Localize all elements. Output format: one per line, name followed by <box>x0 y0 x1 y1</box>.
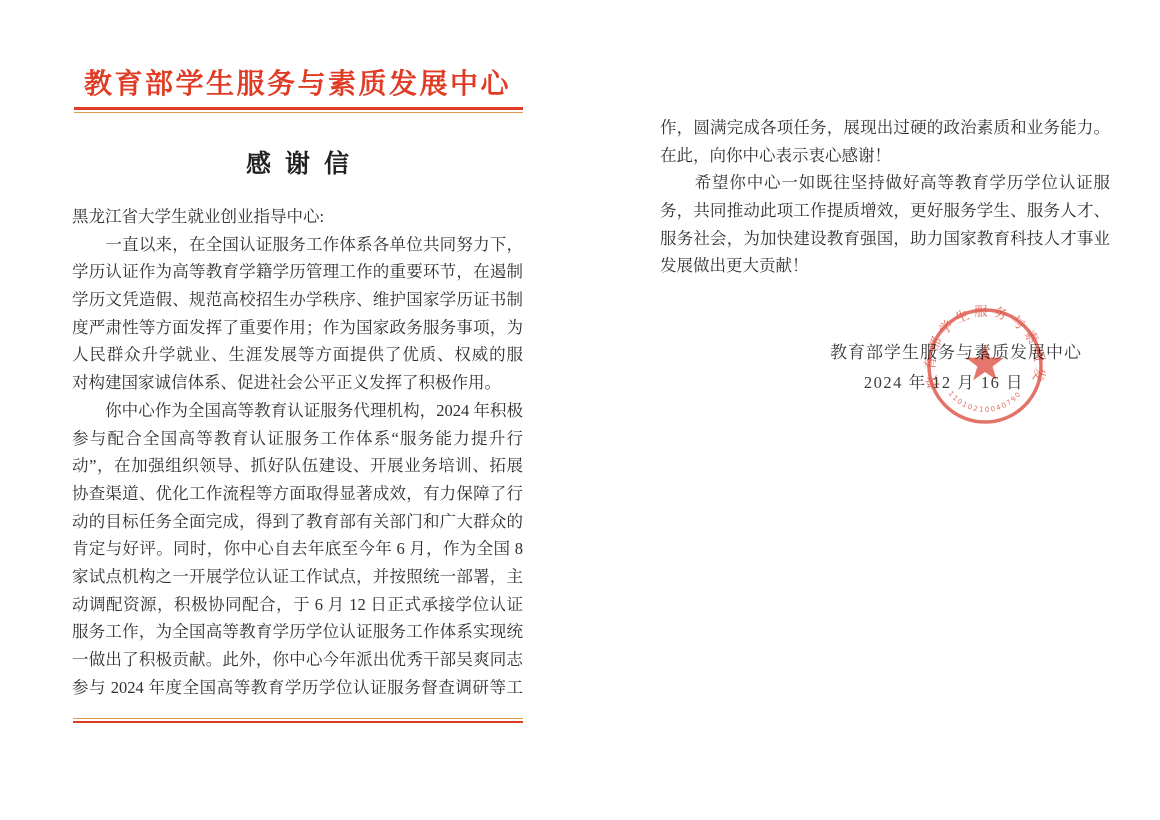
left-page-body: 黑龙江省大学生就业创业指导中心: 一直以来，在全国认证服务工作体系各单位共同努力… <box>72 203 523 701</box>
body-line: 人民群众升学就业、生涯发展等方面提供了优质、权威的服务， <box>72 341 523 369</box>
scanned-letter-page: 教育部学生服务与素质发展中心 感谢信 黑龙江省大学生就业创业指导中心: 一直以来… <box>0 0 1160 820</box>
body-line: 协查渠道、优化工作流程等方面取得显著成效，有力保障了行 <box>72 480 523 508</box>
body-line: 务，共同推动此项工作提质增效，更好服务学生、服务人才、 <box>660 197 1110 225</box>
body-line: 一直以来，在全国认证服务工作体系各单位共同努力下， <box>72 231 523 259</box>
body-line: 学历认证作为高等教育学籍学历管理工作的重要环节，在遏制 <box>72 258 523 286</box>
body-line: 肯定与好评。同时，你中心自去年底至今年 6 月，作为全国 8 <box>72 535 523 563</box>
body-line: 学历文凭造假、规范高校招生办学秩序、维护国家学历证书制 <box>72 286 523 314</box>
body-line: 对构建国家诚信体系、促进社会公平正义发挥了积极作用。 <box>72 369 523 397</box>
body-line: 度严肃性等方面发挥了重要作用；作为国家政务服务事项，为 <box>72 314 523 342</box>
right-page-body: 作，圆满完成各项任务，展现出过硬的政治素质和业务能力。 在此，向你中心表示衷心感… <box>660 114 1110 280</box>
body-line: 家试点机构之一开展学位认证工作试点，并按照统一部署，主 <box>72 563 523 591</box>
official-seal: 教育部学生服务与素质发展中心 11010210040790 <box>918 299 1052 433</box>
footer-rule-red <box>73 721 523 724</box>
letter-title: 感谢信 <box>72 144 523 180</box>
body-line: 你中心作为全国高等教育认证服务代理机构，2024 年积极 <box>72 397 523 425</box>
seal-star <box>966 344 1004 380</box>
seal-ring-text: 教育部学生服务与素质发展中心 <box>918 299 1048 391</box>
body-line: 参与配合全国高等教育认证服务工作体系“服务能力提升行 <box>72 425 523 453</box>
footer-rule-gold <box>73 718 523 719</box>
svg-text:11010210040790: 11010210040790 <box>947 390 1024 414</box>
letterhead-rule-red <box>74 107 523 110</box>
body-line: 作，圆满完成各项任务，展现出过硬的政治素质和业务能力。 <box>660 114 1110 142</box>
body-line: 在此，向你中心表示衷心感谢！ <box>660 142 1110 170</box>
body-line: 一做出了积极贡献。此外，你中心今年派出优秀干部吴爽同志 <box>72 646 523 674</box>
body-line: 发展做出更大贡献！ <box>660 252 1110 280</box>
body-line: 动调配资源，积极协同配合，于 6 月 12 日正式承接学位认证 <box>72 591 523 619</box>
letterhead-org-name: 教育部学生服务与素质发展中心 <box>72 62 523 102</box>
seal-serial-number: 11010210040790 <box>947 390 1024 414</box>
salutation: 黑龙江省大学生就业创业指导中心: <box>72 203 523 231</box>
body-line: 动”，在加强组织领导、抓好队伍建设、开展业务培训、拓展 <box>72 452 523 480</box>
body-line: 服务社会，为加快建设教育强国，助力国家教育科技人才事业 <box>660 225 1110 253</box>
body-line: 参与 2024 年度全国高等教育学历学位认证服务督查调研等工 <box>72 674 523 702</box>
svg-text:教育部学生服务与素质发展中心: 教育部学生服务与素质发展中心 <box>918 299 1048 391</box>
body-line: 希望你中心一如既往坚持做好高等教育学历学位认证服 <box>660 169 1110 197</box>
letterhead-rule-gold <box>74 112 523 113</box>
body-line: 动的目标任务全面完成，得到了教育部有关部门和广大群众的 <box>72 508 523 536</box>
body-line: 服务工作，为全国高等教育学历学位认证服务工作体系实现统 <box>72 618 523 646</box>
